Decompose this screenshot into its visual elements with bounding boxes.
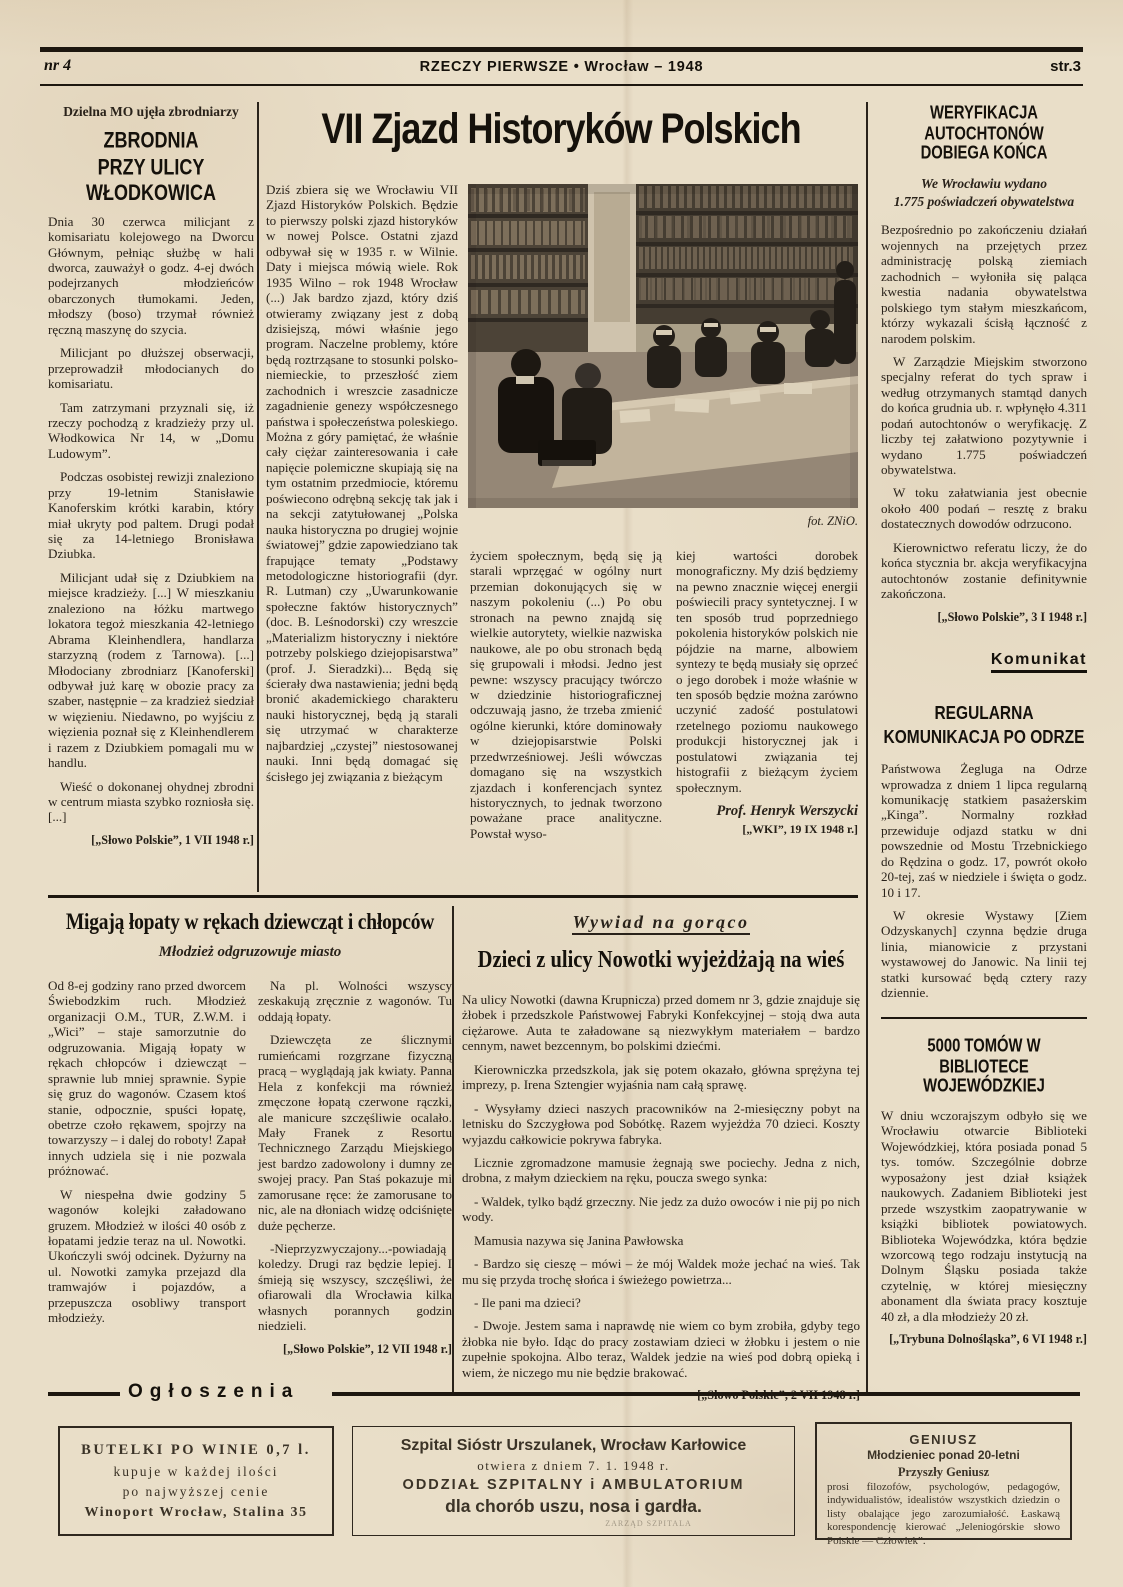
paragraph: Wieść o dokonanej ohydnej zbrodni w cent… <box>48 779 254 825</box>
ad-line: po najwyższej cenie <box>60 1484 332 1500</box>
congress-source: [„WKI”, 19 IX 1948 r.] <box>676 822 858 837</box>
odra-body: Państwowa Żegluga na Odrze wprowadza z d… <box>881 761 1087 1001</box>
shovels-source: [„Słowo Polskie”, 12 VII 1948 r.] <box>258 1342 452 1357</box>
ads-label: Ogłoszenia <box>128 1381 299 1403</box>
paragraph: Od 8-ej godziny rano przed dworcem Świeb… <box>48 978 246 1179</box>
paragraph: W dniu wczorajszym odbyło się we Wrocław… <box>881 1108 1087 1324</box>
header-bar: nr 4 RZECZY PIERWSZE • Wrocław – 1948 st… <box>40 57 1083 81</box>
historians-photo-illustration <box>468 184 858 508</box>
ad-line: GENIUSZ <box>827 1432 1060 1447</box>
header-top-rule <box>40 47 1083 52</box>
paragraph: Bezpośrednio po zakończeniu działań woje… <box>881 222 1087 346</box>
congress-byline: Prof. Henryk Werszycki <box>676 803 858 820</box>
right-column: WERYFIKACJA AUTOCHTONÓW DOBIEGA KOŃCA We… <box>881 104 1087 1347</box>
ad-hospital: Szpital Sióstr Urszulanek, Wrocław Karło… <box>352 1426 795 1536</box>
interview-kicker-wrap: Wywiad na gorąco <box>462 912 860 933</box>
shovels-col2: Na pl. Wolności wszyscy zeskakują zręczn… <box>258 978 452 1357</box>
article-shovels: Migają łopaty w rękach dziewcząt i chłop… <box>48 910 452 961</box>
verification-source: [„Słowo Polskie”, 3 I 1948 r.] <box>881 610 1087 625</box>
paragraph: W niespełna dwie godziny 5 wagonów kolej… <box>48 1187 246 1326</box>
ad-line: ODDZIAŁ SZPITALNY i AMBULATORIUM <box>353 1477 794 1493</box>
verification-subtitle: We Wrocławiu wydano 1.775 poświadczeń ob… <box>881 175 1087 210</box>
library-source: [„Trybuna Dolnośląska”, 6 VI 1948 r.] <box>881 1332 1087 1347</box>
page-number: str.3 <box>1050 58 1081 75</box>
right-column-rule <box>881 1017 1087 1019</box>
newspaper-page: nr 4 RZECZY PIERWSZE • Wrocław – 1948 st… <box>0 0 1123 1587</box>
ad-genius: GENIUSZ Młodzieniec ponad 20-letni Przys… <box>815 1422 1072 1540</box>
paragraph: Mamusia nazywa się Janina Pawłowska <box>462 1233 860 1248</box>
subtitle-line: We Wrocławiu wydano <box>881 175 1087 193</box>
library-body: W dniu wczorajszym odbyło się we Wrocław… <box>881 1108 1087 1324</box>
interview-body: Na ulicy Nowotki (dawna Krupnicza) przed… <box>462 992 860 1380</box>
congress-col1: Dziś zbiera się we Wrocławiu VII Zjazd H… <box>266 182 458 792</box>
interview-kicker: Wywiad na gorąco <box>572 912 749 935</box>
paragraph: Kierowniczka przedszkola, jak się potem … <box>462 1062 860 1093</box>
shovels-subtitle: Młodzież odgruzowuje miasto <box>48 944 452 961</box>
paragraph: Milicjant udał się z Dziubkiem na miejsc… <box>48 570 254 771</box>
ad-body: prosi filozofów, psychologów, pedagogów,… <box>827 1481 1060 1548</box>
divider-main-right <box>866 102 868 1392</box>
article-crime: Dzielna MO ujęła zbrodniarzy ZBRODNIA PR… <box>48 104 254 848</box>
odra-title-line2: KOMUNIKACJA PO ODRZE <box>881 727 1087 749</box>
mid-section-rule <box>48 895 858 898</box>
ad-line: kupuje w każdej ilości <box>60 1464 332 1480</box>
ad-line: dla chorób uszu, nosa i gardła. <box>353 1496 794 1517</box>
paragraph: Dziś zbiera się we Wrocławiu VII Zjazd H… <box>266 182 458 784</box>
paragraph: - Wysyłamy dzieci naszych pracowników na… <box>462 1101 860 1147</box>
ad-wine-bottles: BUTELKI PO WINIE 0,7 l. kupuje w każdej … <box>58 1426 334 1536</box>
ads-rule-right <box>332 1392 1080 1396</box>
paragraph: Na pl. Wolności wszyscy zeskakują zręczn… <box>258 978 452 1024</box>
verification-title-line1: WERYFIKACJA AUTOCHTONÓW <box>881 104 1087 147</box>
shovels-title: Migają łopaty w rękach dziewcząt i chłop… <box>48 910 452 936</box>
paragraph: Milicjant po dłuższej obserwacji, przepr… <box>48 345 254 391</box>
paragraph: - Ile pani ma dzieci? <box>462 1295 860 1310</box>
photo-caption: fot. ZNiO. <box>468 514 858 529</box>
article-verification: WERYFIKACJA AUTOCHTONÓW DOBIEGA KOŃCA We… <box>881 104 1087 625</box>
verification-body: Bezpośrednio po zakończeniu działań woje… <box>881 222 1087 601</box>
library-title-line1: 5000 TOMÓW W BIBLIOTECE <box>881 1037 1087 1080</box>
komunikat-label: Komunikat <box>991 651 1087 673</box>
ad-line: Winoport Wrocław, Stalina 35 <box>60 1505 332 1521</box>
paragraph: życiem społecznym, będą się ją starali w… <box>470 548 662 841</box>
verification-title-line2: DOBIEGA KOŃCA <box>881 144 1087 165</box>
paragraph: Kierownictwo referatu liczy, że do końca… <box>881 540 1087 602</box>
paragraph: Tam zatrzymani przyznali się, iż rzeczy … <box>48 400 254 462</box>
header-bottom-rule <box>40 84 1083 86</box>
ads-rule-left <box>48 1392 120 1396</box>
masthead: RZECZY PIERWSZE • Wrocław – 1948 <box>40 59 1083 75</box>
paragraph: - Bardzo się cieszę – mówi – że mój Wald… <box>462 1256 860 1287</box>
congress-col3: kiej wartości dorobek monograficzny. My … <box>676 548 858 837</box>
crime-kicker: Dzielna MO ujęła zbrodniarzy <box>48 104 254 120</box>
paragraph: Na ulicy Nowotki (dawna Krupnicza) przed… <box>462 992 860 1054</box>
crime-source: [„Słowo Polskie”, 1 VII 1948 r.] <box>48 833 254 848</box>
paragraph: Państwowa Żegluga na Odrze wprowadza z d… <box>881 761 1087 900</box>
subtitle-line: 1.775 poświadczeń obywatelstwa <box>881 193 1087 211</box>
crime-title-line2: PRZY ULICY WŁODKOWICA <box>48 155 254 207</box>
crime-body: Dnia 30 czerwca milicjant z komisariatu … <box>48 214 254 825</box>
crime-title-line1: ZBRODNIA <box>48 128 254 154</box>
paragraph: - Waldek, tylko bądź grzeczny. Nie jedz … <box>462 1194 860 1225</box>
ad-line: Przyszły Geniusz <box>827 1465 1060 1480</box>
ad-line: Szpital Sióstr Urszulanek, Wrocław Karło… <box>353 1437 794 1455</box>
paragraph: W okresie Wystawy [Ziem Odzyskanych] czy… <box>881 908 1087 1001</box>
ad-line: otwiera z dniem 7. 1. 1948 r. <box>353 1458 794 1474</box>
paragraph: W Zarządzie Miejskim stworzono specjalny… <box>881 354 1087 478</box>
library-title-line2: WOJEWÓDZKIEJ <box>881 1077 1087 1098</box>
paragraph: Dnia 30 czerwca milicjant z komisariatu … <box>48 214 254 338</box>
ad-line: BUTELKI PO WINIE 0,7 l. <box>60 1442 332 1459</box>
article-odra: REGULARNA KOMUNIKACJA PO ODRZE Państwowa… <box>881 703 1087 1001</box>
divider-shovels-interview <box>452 906 454 1392</box>
paragraph: Licznie zgromadzone mamusie żegnają swe … <box>462 1155 860 1186</box>
divider-left-main <box>257 102 259 892</box>
article-interview: Wywiad na gorąco Dzieci z ulicy Nowotki … <box>462 912 860 1403</box>
congress-col2: życiem społecznym, będą się ją starali w… <box>470 548 662 849</box>
ad-line: Młodzieniec ponad 20-letni <box>827 1448 1060 1462</box>
komunikat-header: Komunikat <box>881 651 1087 669</box>
ad-fine-print: ZARZĄD SZPITALA <box>503 1519 794 1528</box>
article-photo <box>468 184 858 508</box>
paragraph: - Dwoje. Jestem sama i naprawdę nie wiem… <box>462 1318 860 1380</box>
paragraph: W toku załatwiania jest obecnie około 40… <box>881 485 1087 531</box>
paragraph: kiej wartości dorobek monograficzny. My … <box>676 548 858 795</box>
odra-title-line1: REGULARNA <box>881 703 1087 725</box>
article-library: 5000 TOMÓW W BIBLIOTECE WOJEWÓDZKIEJ W d… <box>881 1037 1087 1347</box>
main-headline: VII Zjazd Historyków Polskich <box>264 104 858 154</box>
paragraph: Podczas osobistej rewizji znaleziono prz… <box>48 469 254 562</box>
shovels-col1: Od 8-ej godziny rano przed dworcem Świeb… <box>48 978 246 1334</box>
interview-title: Dzieci z ulicy Nowotki wyjeżdżają na wie… <box>462 947 860 974</box>
paragraph: Dziewczęta ze ślicznymi rumieńcami rozgr… <box>258 1032 452 1233</box>
paragraph: -Nieprzyzwyczajony...-powiadają koledzy.… <box>258 1241 452 1334</box>
